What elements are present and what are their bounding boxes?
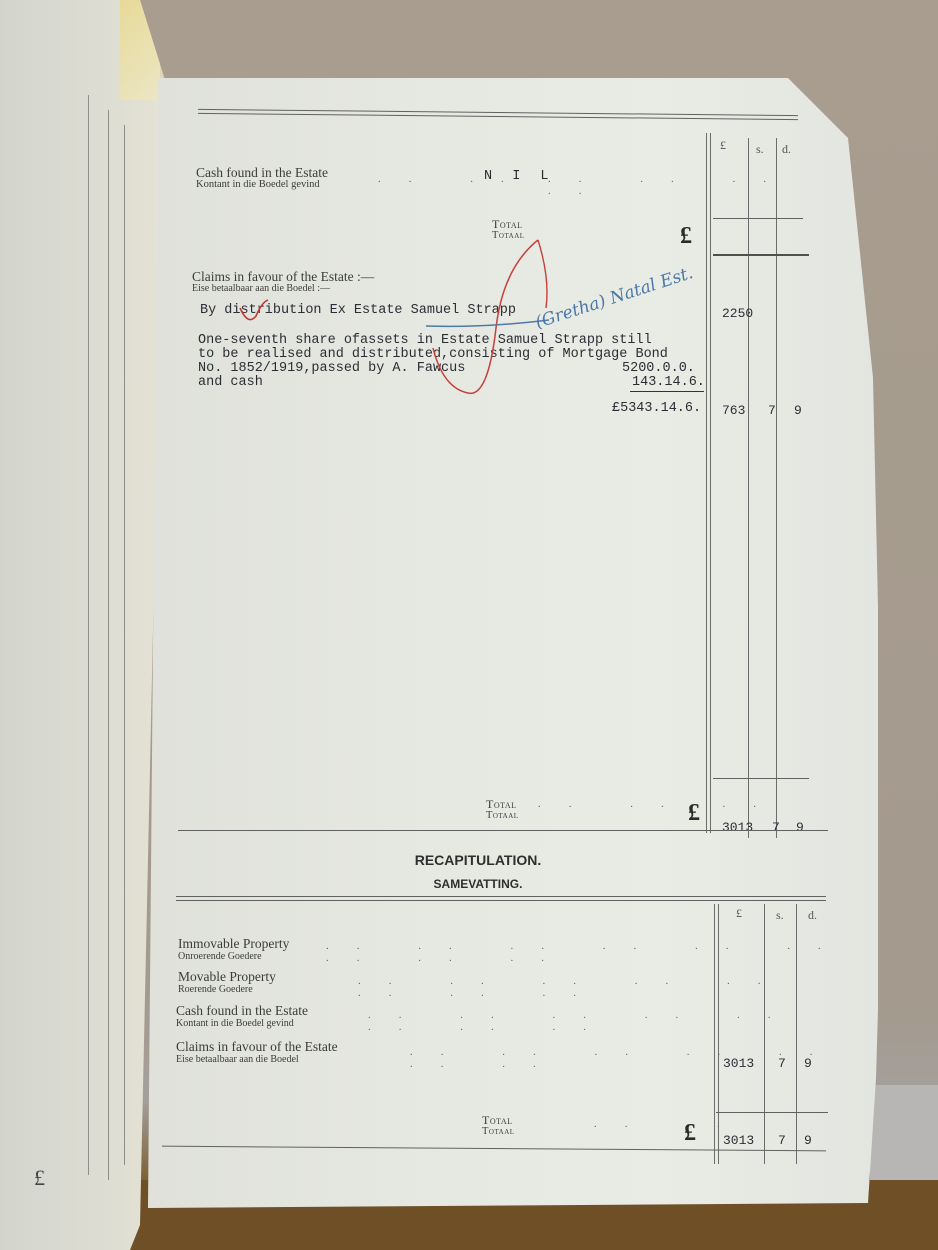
- recap-row-claims-af: Eise betaalbaar aan die Boedel: [176, 1054, 299, 1066]
- column-rule: [748, 138, 749, 838]
- recap-shillings-header: s.: [776, 908, 784, 923]
- leader-dots: .. .. .. .. .. .. .. ..: [368, 1009, 878, 1033]
- subtotal-rule: [713, 778, 809, 779]
- recap-total-pounds: 3013: [723, 1133, 754, 1148]
- claim-entry-2-pounds: 763: [722, 403, 745, 418]
- recap-claims-shillings: 7: [778, 1056, 786, 1071]
- claim-entry-1-pounds: 2250: [722, 306, 753, 321]
- column-rule: [88, 95, 89, 1175]
- leader-dots: .. ..: [594, 1118, 748, 1130]
- subtotal-rule: [716, 1112, 828, 1113]
- cash-label-af: Kontant in die Boedel gevind: [196, 179, 320, 191]
- recap-row-immovable-en: Immovable Property: [178, 937, 289, 951]
- leader-dots: .. .. .. .. .. .. .. ..: [358, 975, 878, 999]
- pound-symbol: £: [34, 1165, 45, 1191]
- column-rule: [710, 133, 711, 833]
- cash-value: N I L: [484, 170, 555, 184]
- left-facing-page: £: [0, 0, 160, 1250]
- shillings-column-header: s.: [756, 142, 764, 157]
- recap-pounds-header: £: [736, 906, 742, 921]
- recap-total-af: Totaal: [482, 1126, 515, 1138]
- recap-total-pence: 9: [804, 1133, 812, 1148]
- leader-dots: .. .. .. .. .. .. .. .. ..: [326, 940, 878, 964]
- pounds-column-header: £: [720, 138, 726, 153]
- claims-total-af: Totaal: [486, 810, 519, 822]
- claim-entry-2-pence: 9: [794, 403, 802, 418]
- column-rule: [124, 125, 125, 1165]
- cash-amount: 143.14.6.: [632, 376, 705, 390]
- column-rule: [706, 133, 707, 833]
- recap-claims-pounds: 3013: [723, 1056, 754, 1071]
- claims-total-pounds: 3013: [722, 820, 753, 835]
- share-subtotal: £5343.14.6.: [612, 402, 701, 416]
- mortgage-bond-amount: 5200.0.0.: [622, 362, 695, 376]
- recap-pence-header: d.: [808, 908, 817, 923]
- recap-top-rule: [176, 900, 826, 901]
- total-rule: [713, 254, 809, 256]
- subtotal-rule: [713, 218, 803, 219]
- column-rule: [776, 138, 777, 838]
- cash-label-en: Cash found in the Estate: [196, 166, 328, 180]
- recap-row-movable-af: Roerende Goedere: [178, 984, 253, 996]
- background-ledge: [870, 1085, 938, 1180]
- recap-row-movable-en: Movable Property: [178, 970, 276, 984]
- cash-total-en: Total: [492, 218, 523, 230]
- recap-row-cash-af: Kontant in die Boedel gevind: [176, 1018, 294, 1030]
- claims-total-shillings: 7: [772, 820, 780, 835]
- pence-column-header: d.: [782, 142, 791, 157]
- claim-entry-2-shillings: 7: [768, 403, 776, 418]
- recapitulation-title: RECAPITULATION.: [378, 852, 578, 868]
- section-rule: [178, 830, 828, 831]
- recap-top-rule: [176, 896, 826, 897]
- column-rule: [108, 110, 109, 1180]
- cash-total-pound-symbol: £: [680, 223, 692, 250]
- recap-row-immovable-af: Onroerende Goedere: [178, 951, 262, 963]
- recap-total-en: Total: [482, 1114, 513, 1126]
- recap-row-cash-en: Cash found in the Estate: [176, 1004, 308, 1018]
- recap-row-claims-en: Claims in favour of the Estate: [176, 1040, 338, 1054]
- sum-underline: [630, 391, 704, 392]
- estate-account-page: £ s. d. Cash found in the Estate Kontant…: [148, 78, 878, 1208]
- recap-total-shillings: 7: [778, 1133, 786, 1148]
- leader-dots: .. .. .. ..: [548, 173, 878, 197]
- claims-total-pence: 9: [796, 820, 804, 835]
- leader-dots: .. .. ..: [538, 798, 784, 810]
- claims-total-pound-symbol: £: [688, 800, 700, 827]
- recap-claims-pence: 9: [804, 1056, 812, 1071]
- samevatting-title: SAMEVATTING.: [378, 877, 578, 891]
- recap-total-pound-symbol: £: [684, 1120, 696, 1147]
- claims-total-en: Total: [486, 798, 517, 810]
